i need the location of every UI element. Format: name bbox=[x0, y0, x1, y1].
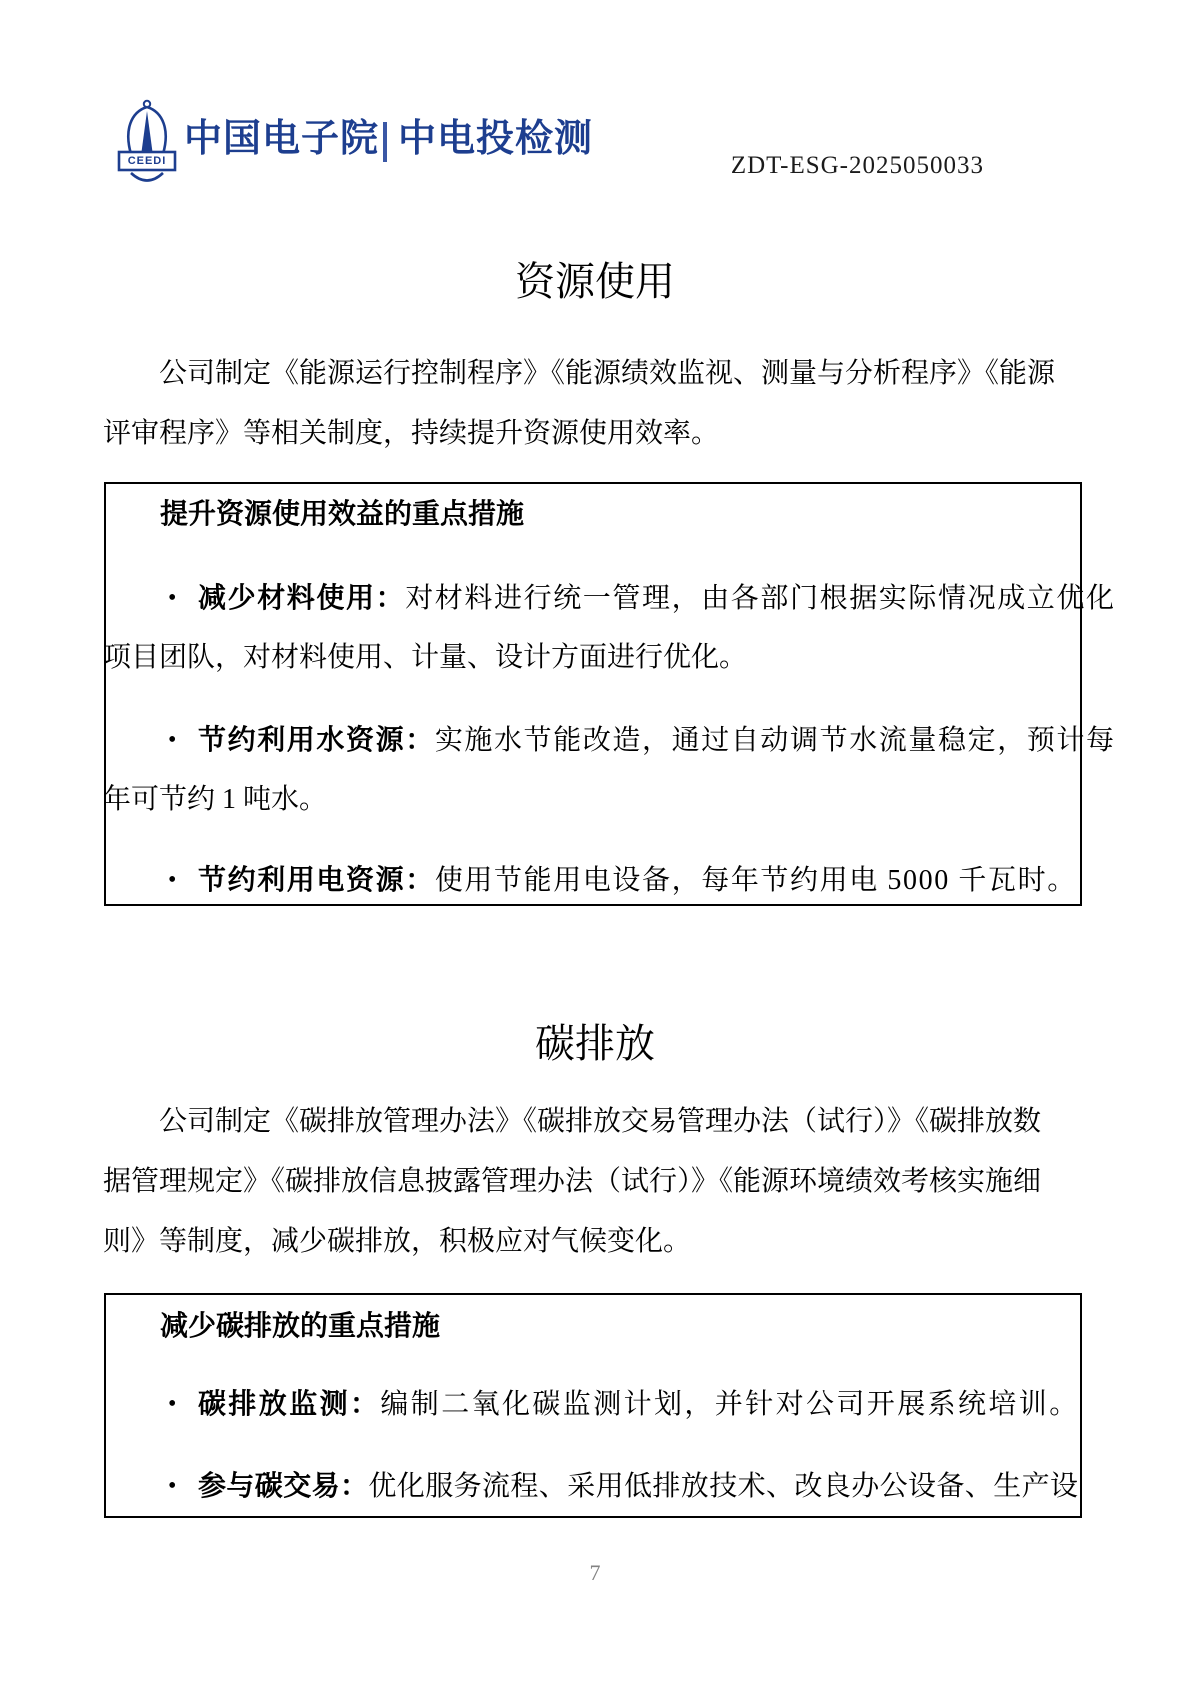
bullet-label: 节约利用水资源： bbox=[198, 724, 435, 755]
bullet-continuation: 项目团队，对材料使用、计量、设计方面进行优化。 bbox=[103, 640, 747, 676]
bullet-icon: • bbox=[168, 580, 198, 616]
paragraph-line: 评审程序》等相关制度，持续提升资源使用效率。 bbox=[103, 416, 719, 452]
bullet-text: 使用节能用电设备，每年节约用电 5000 千瓦时。 bbox=[435, 865, 1077, 896]
bullet-label: 节约利用电资源： bbox=[198, 864, 435, 895]
document-page: CEEDI 中国电子院 中电投检测 ZDT-ESG-2025050033 资源使… bbox=[0, 0, 1190, 1683]
paragraph-line: 据管理规定》《碳排放信息披露管理办法（试行）》《能源环境绩效考核实施细 bbox=[103, 1164, 1041, 1200]
bullet-icon: • bbox=[168, 862, 198, 898]
box-heading-resource: 提升资源使用效益的重点措施 bbox=[160, 496, 524, 532]
bullet-icon: • bbox=[168, 722, 198, 758]
bullet-text: 编制二氧化碳监测计划，并针对公司开展系统培训。 bbox=[380, 1389, 1079, 1420]
bullet-label: 参与碳交易： bbox=[198, 1470, 368, 1501]
bullet-icon: • bbox=[168, 1386, 198, 1422]
box-heading-carbon: 减少碳排放的重点措施 bbox=[160, 1308, 440, 1344]
bullet-text: 对材料进行统一管理，由各部门根据实际情况成立优化 bbox=[405, 583, 1115, 614]
measures-box-resource bbox=[104, 482, 1082, 906]
bullet-label: 碳排放监测： bbox=[198, 1388, 380, 1419]
brand-name-left: 中国电子院 bbox=[184, 116, 379, 162]
bullet-label: 减少材料使用： bbox=[198, 582, 405, 613]
paragraph-line: 则》等制度，减少碳排放，积极应对气候变化。 bbox=[103, 1224, 691, 1260]
brand-name-right: 中电投检测 bbox=[398, 116, 593, 162]
bullet-text: 优化服务流程、采用低排放技术、改良办公设备、生产设 bbox=[368, 1471, 1078, 1502]
bullet-item: •参与碳交易：优化服务流程、采用低排放技术、改良办公设备、生产设 bbox=[168, 1468, 1078, 1505]
bullet-continuation: 年可节约 1 吨水。 bbox=[103, 782, 327, 818]
document-number: ZDT-ESG-2025050033 bbox=[731, 152, 984, 180]
page-number: 7 bbox=[0, 1560, 1190, 1586]
bullet-item: •碳排放监测：编制二氧化碳监测计划，并针对公司开展系统培训。 bbox=[168, 1386, 1080, 1423]
ceedi-emblem-icon bbox=[116, 98, 178, 190]
ceedi-emblem-text: CEEDI bbox=[116, 155, 178, 167]
bullet-item: •节约利用水资源：实施水节能改造，通过自动调节水流量稳定，预计每 bbox=[168, 722, 1116, 759]
section-title-resource-use: 资源使用 bbox=[0, 258, 1190, 306]
paragraph-line: 公司制定《能源运行控制程序》《能源绩效监视、测量与分析程序》《能源 bbox=[159, 356, 1055, 392]
bullet-icon: • bbox=[168, 1468, 198, 1504]
section-title-carbon-emission: 碳排放 bbox=[0, 1020, 1190, 1068]
bullet-text: 实施水节能改造，通过自动调节水流量稳定，预计每 bbox=[435, 725, 1116, 756]
paragraph-line: 公司制定《碳排放管理办法》《碳排放交易管理办法（试行）》《碳排放数 bbox=[159, 1104, 1041, 1140]
ceedi-emblem-logo: CEEDI bbox=[116, 98, 178, 190]
bullet-item: •减少材料使用：对材料进行统一管理，由各部门根据实际情况成立优化 bbox=[168, 580, 1116, 617]
brand-divider bbox=[383, 122, 387, 162]
bullet-item: •节约利用电资源：使用节能用电设备，每年节约用电 5000 千瓦时。 bbox=[168, 862, 1077, 899]
